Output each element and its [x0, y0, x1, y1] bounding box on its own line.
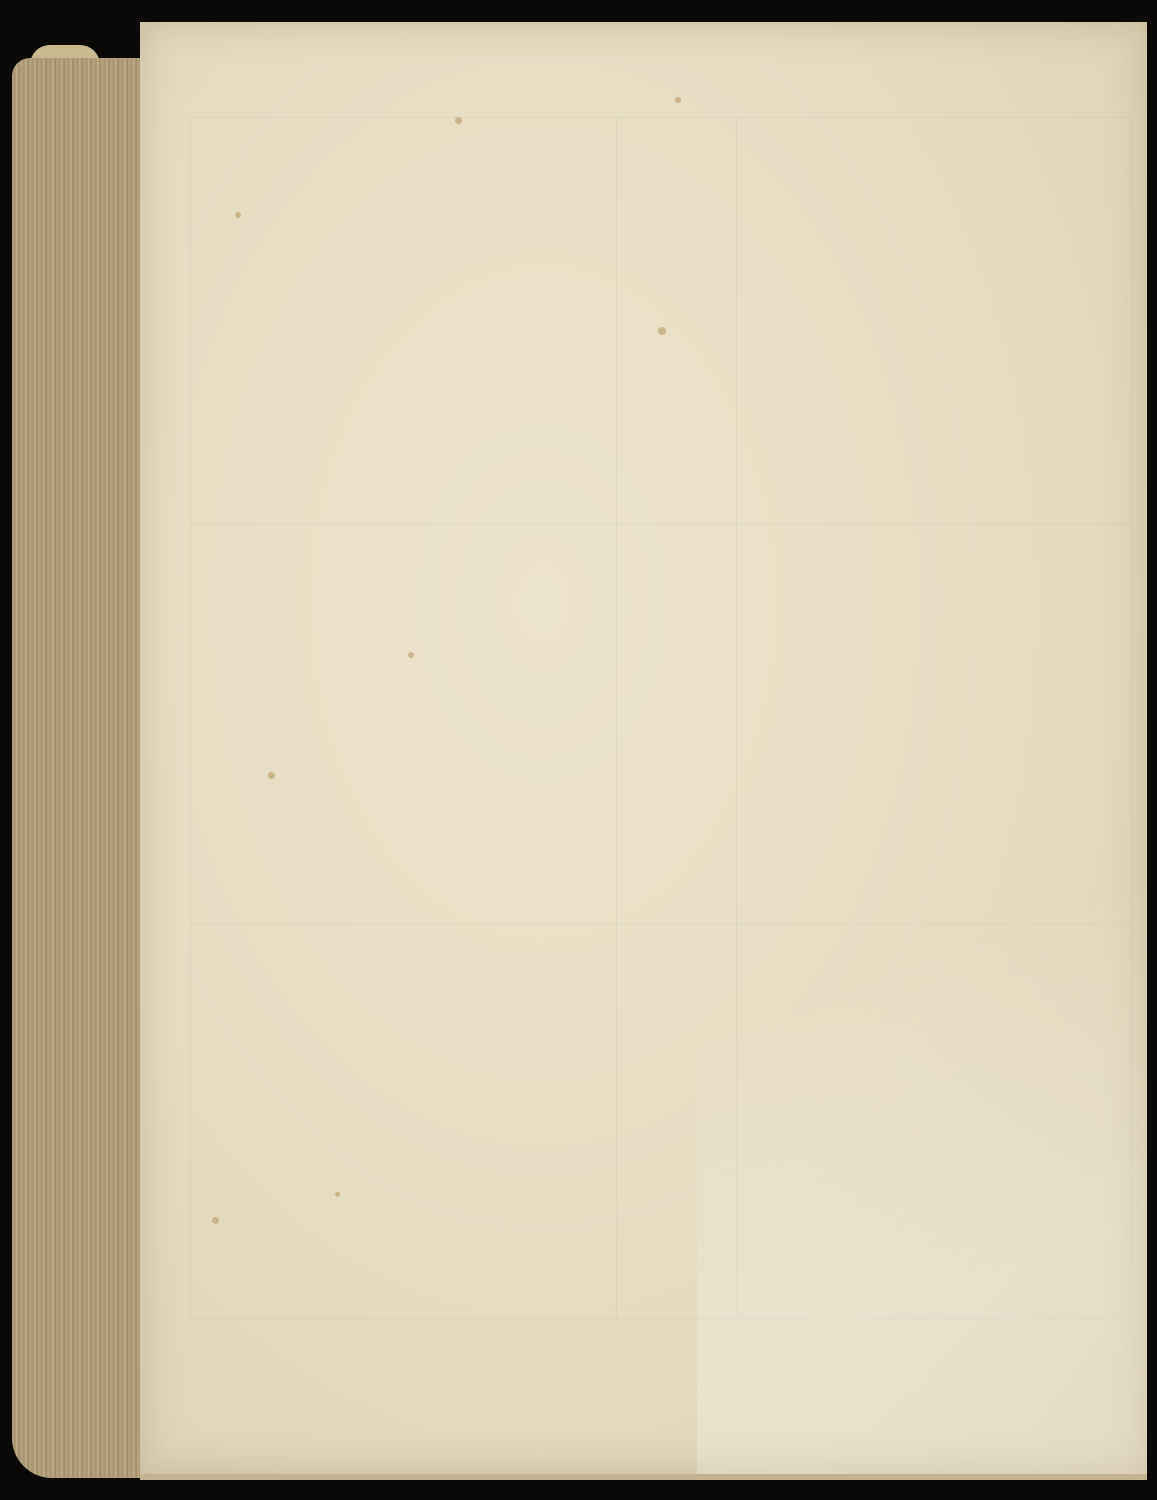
- foxing-spot: [658, 327, 666, 335]
- foxing-spot: [455, 117, 462, 124]
- foxing-spot: [675, 97, 681, 103]
- bleed-line: [616, 118, 617, 1318]
- foxing-spot: [235, 212, 241, 218]
- light-patch: [697, 774, 1147, 1474]
- foxing-spot: [335, 1192, 340, 1197]
- foxing-spot: [408, 652, 414, 658]
- blank-page: [140, 22, 1147, 1480]
- foxing-spot: [268, 772, 275, 779]
- foxing-spot: [212, 1217, 219, 1224]
- book-page-stack: [12, 58, 140, 1478]
- bleed-line: [191, 523, 1131, 524]
